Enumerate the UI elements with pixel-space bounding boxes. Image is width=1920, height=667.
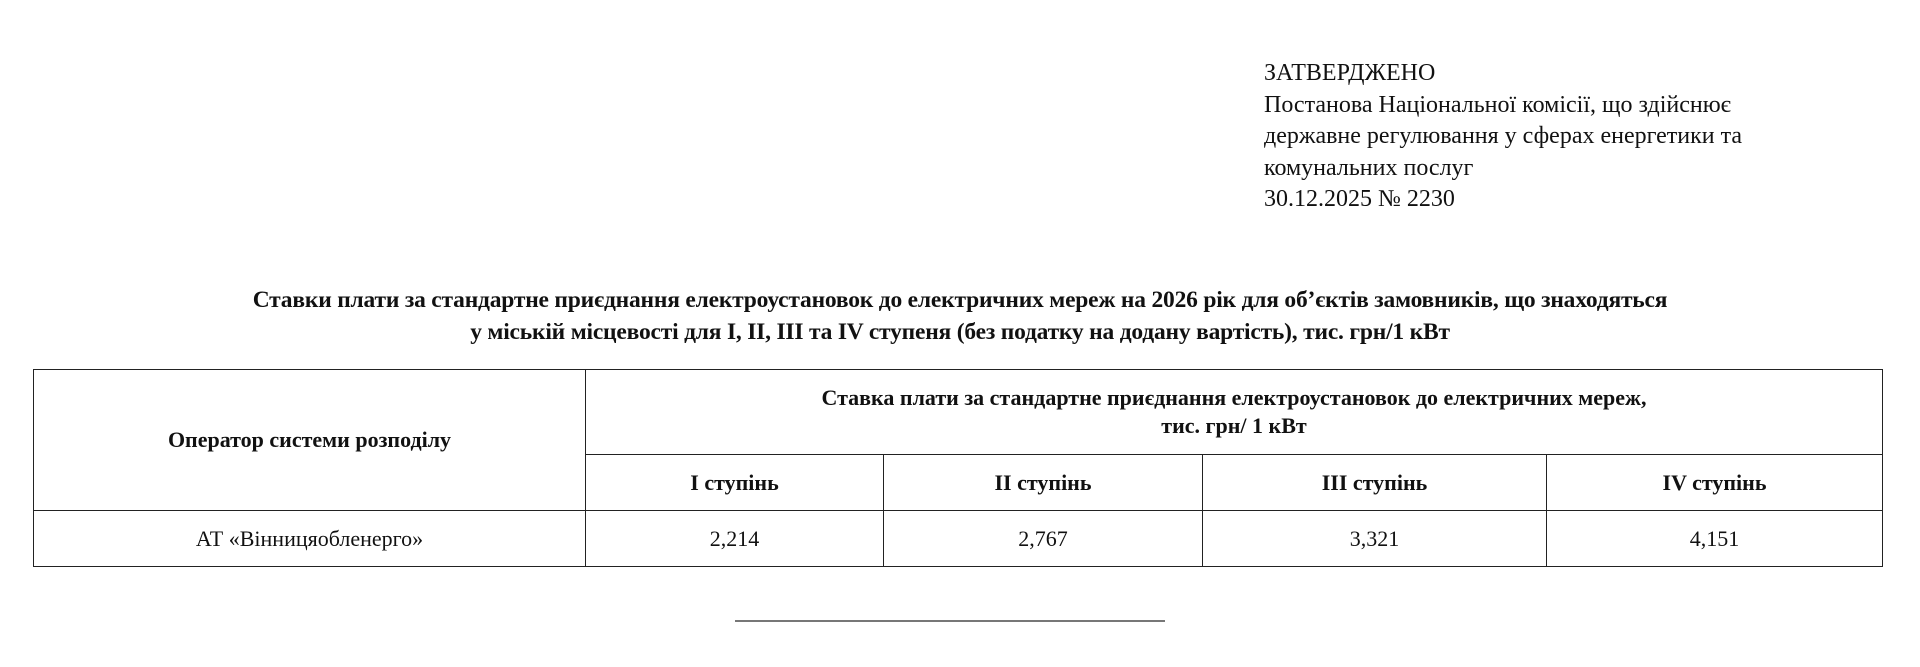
document-title-line-1: Ставки плати за стандартне приєднання ел… (0, 284, 1920, 316)
rate-cell-stage-3: 3,321 (1203, 511, 1547, 567)
approval-heading: ЗАТВЕРДЖЕНО (1264, 58, 1742, 90)
approval-block: ЗАТВЕРДЖЕНО Постанова Національної коміс… (1264, 58, 1742, 216)
rates-table: Оператор системи розподілу Ставка плати … (33, 369, 1883, 567)
column-header-stage-4: IV ступінь (1547, 455, 1883, 511)
approval-resolution-line: Постанова Національної комісії, що здійс… (1264, 90, 1742, 122)
closing-divider (735, 620, 1165, 622)
document-title-line-2: у міській місцевості для I, II, III та I… (0, 316, 1920, 348)
table-row: АТ «Вінницяобленерго» 2,214 2,767 3,321 … (34, 511, 1883, 567)
table-header-row: Оператор системи розподілу Ставка плати … (34, 370, 1883, 455)
operator-cell: АТ «Вінницяобленерго» (34, 511, 586, 567)
approval-resolution-line: комунальних послуг (1264, 153, 1742, 185)
column-header-stage-2: II ступінь (884, 455, 1203, 511)
document-title: Ставки плати за стандартне приєднання ел… (0, 284, 1920, 348)
column-header-stage-1: I ступінь (586, 455, 884, 511)
rate-group-header-line-2: тис. грн/ 1 кВт (586, 412, 1882, 440)
rate-group-header-line-1: Ставка плати за стандартне приєднання ел… (586, 384, 1882, 412)
rate-cell-stage-4: 4,151 (1547, 511, 1883, 567)
rate-cell-stage-1: 2,214 (586, 511, 884, 567)
operator-header: Оператор системи розподілу (34, 370, 586, 511)
rate-cell-stage-2: 2,767 (884, 511, 1203, 567)
rate-group-header: Ставка плати за стандартне приєднання ел… (586, 370, 1883, 455)
approval-resolution-line: державне регулювання у сферах енергетики… (1264, 121, 1742, 153)
column-header-stage-3: III ступінь (1203, 455, 1547, 511)
approval-date-number: 30.12.2025 № 2230 (1264, 184, 1742, 216)
